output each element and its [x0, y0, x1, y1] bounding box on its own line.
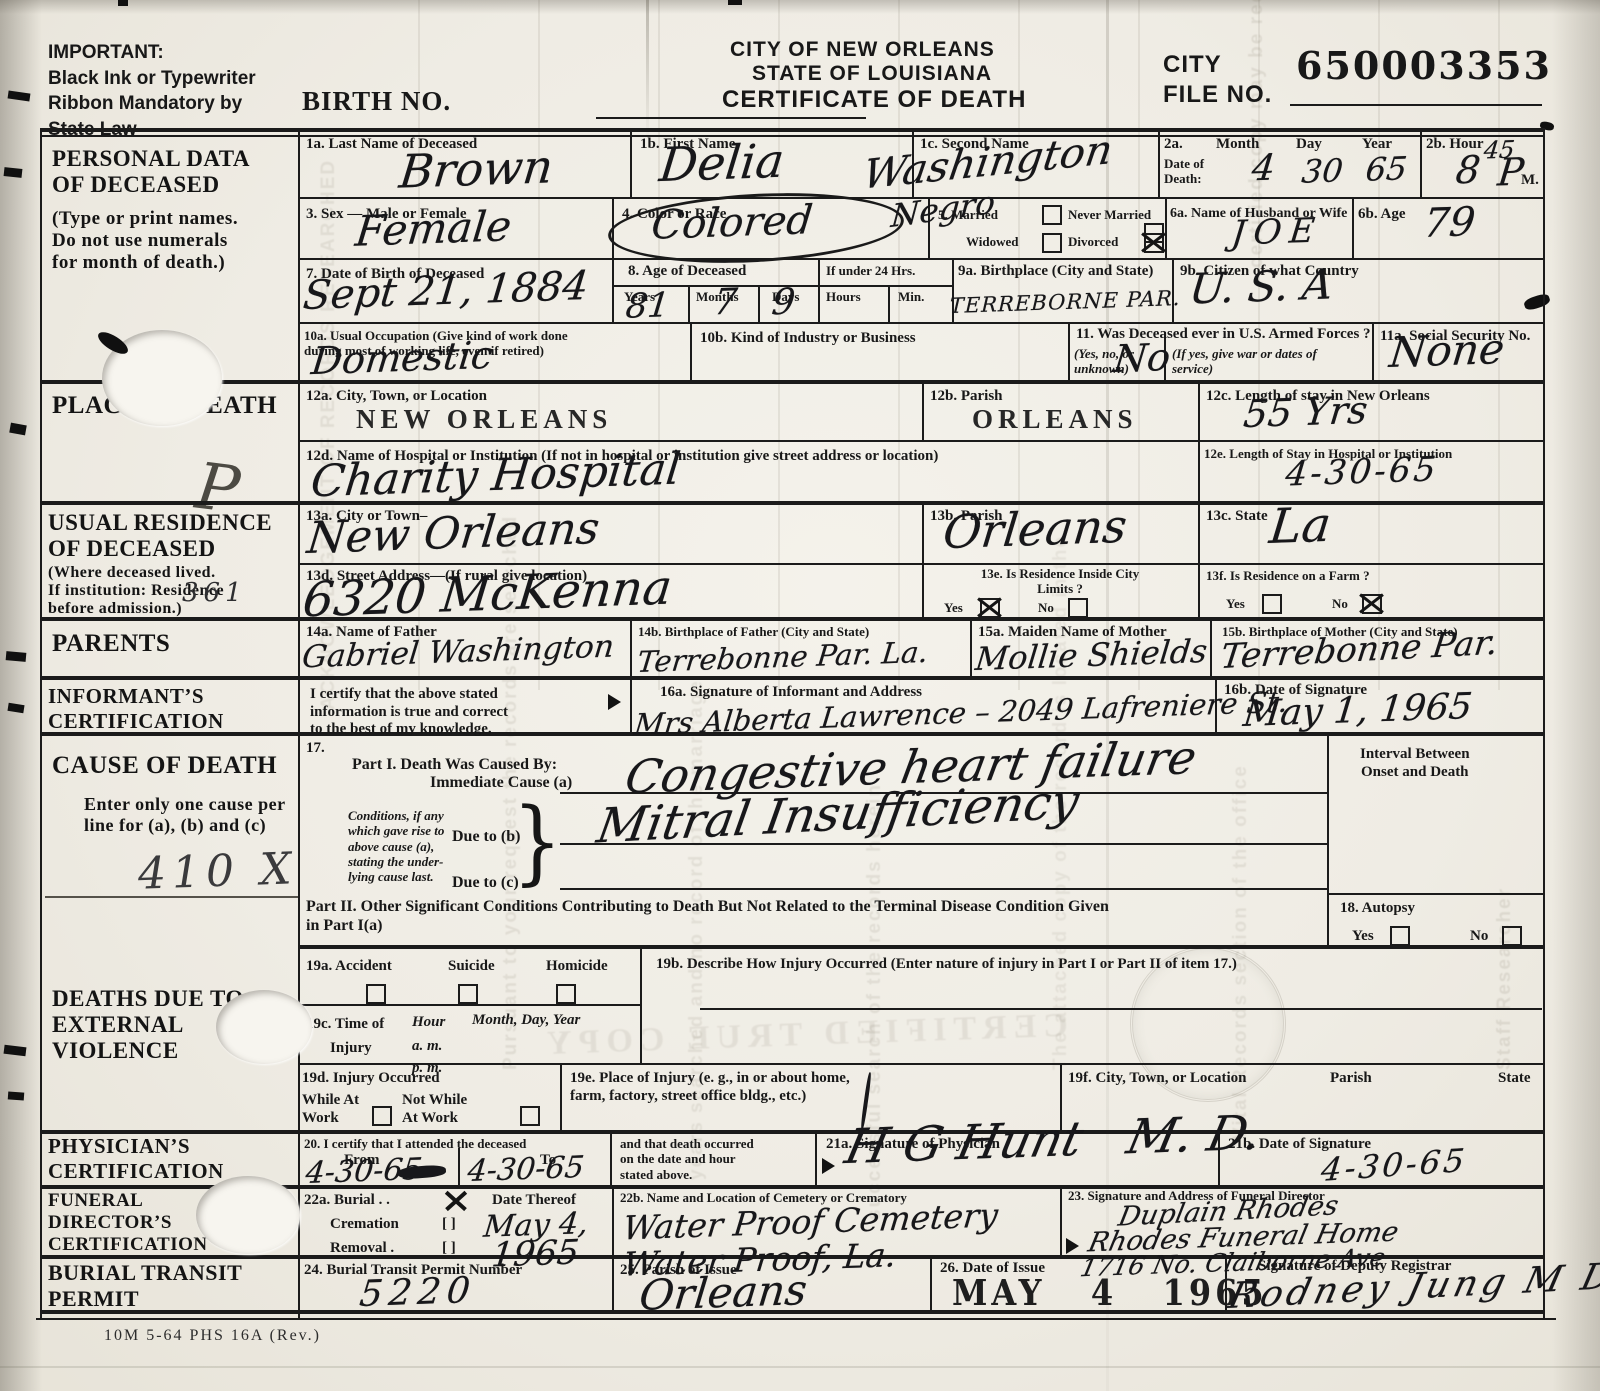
- part2-label: Part II. Other Significant Conditions Co…: [306, 898, 1321, 936]
- section-usual-residence: USUAL RESIDENCE OF DECEASED: [48, 510, 272, 562]
- field-2a-day-value: 30: [1300, 151, 1345, 190]
- grid-line: [640, 945, 642, 1063]
- section-personal-note: (Type or print names. Do not use numeral…: [52, 208, 238, 274]
- field-20-to-value: 4-30-65: [466, 1150, 586, 1189]
- field-20-label: 20. I certify that I attended the deceas…: [304, 1136, 526, 1151]
- grid-line: [888, 285, 890, 322]
- field-26-date-stamp: MAY 4 1965: [952, 1272, 1268, 1314]
- section-physician: PHYSICIAN’S CERTIFICATION: [48, 1134, 224, 1184]
- field-2a-month-value: 4: [1250, 148, 1277, 190]
- field-under24-min-h: Min.: [898, 289, 924, 304]
- field-15a-value: Mollie Shields: [973, 632, 1209, 678]
- field-2b-hour-value: 8: [1454, 148, 1483, 193]
- pencil-mark: 361: [182, 578, 247, 608]
- grid-line: [1158, 128, 1160, 197]
- field-13a-value: New Orleans: [305, 503, 602, 564]
- field-16b-value: May 1, 1965: [1241, 686, 1474, 735]
- checkbox-married: [1042, 205, 1062, 225]
- checkbox-13e-no: [1068, 598, 1088, 618]
- field-20-mid-text: and that death occurred on the date and …: [620, 1136, 754, 1182]
- informant-certify-text: I certify that the above stated informat…: [310, 686, 508, 739]
- field-1a-value: Brown: [397, 139, 556, 198]
- field-22a-cremation-brackets: [ ]: [442, 1216, 456, 1234]
- grid-line: [298, 1063, 1545, 1065]
- grid-line: [40, 617, 1545, 621]
- grid-line: [560, 1063, 562, 1130]
- checkbox-homicide: [556, 984, 576, 1004]
- grid-line: [40, 128, 42, 1318]
- field-13f-no-label: No: [1332, 596, 1348, 611]
- grid-line: [298, 322, 1545, 324]
- checkbox-autopsy-yes: [1390, 926, 1410, 946]
- grid-line: [630, 617, 632, 676]
- pointer-arrow-icon: [822, 1158, 835, 1174]
- grid-line: [758, 285, 760, 322]
- binding-mark: [6, 651, 27, 662]
- grid-line: [930, 1255, 932, 1310]
- field-under24-label: If under 24 Hrs.: [826, 263, 915, 278]
- grid-line: [1420, 128, 1422, 197]
- binding-mark: [8, 1091, 25, 1100]
- field-14b-label: 14b. Birthplace of Father (City and Stat…: [638, 624, 869, 639]
- grid-line: [298, 258, 1545, 260]
- grid-line: [1372, 322, 1374, 380]
- grid-line: [458, 1148, 460, 1185]
- section-personal-data: PERSONAL DATA OF DECEASED: [52, 146, 250, 198]
- grid-line: [612, 1185, 614, 1255]
- field-6b-value: 79: [1421, 199, 1477, 247]
- field-19c-am-label: a. m.: [412, 1038, 442, 1056]
- field-9b-value: U. S. A: [1187, 260, 1335, 314]
- grid-line: [40, 676, 1545, 680]
- field-13f-yes-label: Yes: [1226, 596, 1245, 611]
- field-13f-label: 13f. Is Residence on a Farm ?: [1206, 568, 1370, 583]
- grid-line: [40, 128, 1545, 132]
- field-9a-label: 9a. Birthplace (City and State): [958, 263, 1153, 281]
- grid-line: [922, 501, 924, 563]
- field-2a-prefix: Date of Death:: [1164, 156, 1204, 187]
- field-19d-label: 19d. Injury Occurred: [302, 1070, 440, 1088]
- field-19f-label: 19f. City, Town, or Location: [1068, 1070, 1247, 1088]
- field-19d-notwhile-label: Not While At Work: [402, 1092, 467, 1127]
- interval-label: Interval Between Onset and Death: [1360, 746, 1470, 781]
- field-12c-value: 55 Yrs: [1241, 388, 1369, 436]
- grid-line: [1198, 501, 1200, 563]
- death-certificate-scan: ACKNOWLEDGEMENT OF RECORDS RESEARCHED Pu…: [0, 0, 1600, 1391]
- ink-blot: [1523, 292, 1551, 311]
- field-13b-value: Orleans: [941, 499, 1130, 559]
- field-22a-removal-label: Removal .: [330, 1240, 394, 1258]
- checkbox-13e-yes-checked: [980, 598, 1000, 618]
- grid-line: [612, 1255, 614, 1310]
- field-19c-mdy-label: Month, Day, Year: [472, 1012, 580, 1030]
- field-18-label: 18. Autopsy: [1340, 900, 1415, 918]
- grid-line: [36, 1318, 1556, 1320]
- field-10b-label: 10b. Kind of Industry or Business: [700, 330, 916, 348]
- field-22a-burial-label: 22a. Burial . .: [304, 1192, 390, 1210]
- field-7-value: Sept 21, 1884: [301, 263, 591, 319]
- grid-line: [612, 258, 614, 322]
- checkbox-while-at-work: [372, 1106, 392, 1126]
- field-12b-value-stamp: ORLEANS: [972, 404, 1138, 435]
- field-4-value: Colored: [649, 197, 815, 249]
- field-3-value: Female: [353, 201, 514, 255]
- grid-line: [690, 322, 692, 380]
- field-19e-label: 19e. Place of Injury (e. g., in or about…: [570, 1070, 850, 1105]
- grid-line: [688, 285, 690, 322]
- ghost-text: Staff Researcher: [1494, 640, 1516, 1070]
- file-no-blank-line: [1290, 104, 1542, 106]
- field-8-label: 8. Age of Deceased: [628, 263, 746, 281]
- field-21a-signature: H G Hunt M. D.: [840, 1105, 1266, 1175]
- top-edge-shadow: [0, 0, 1600, 14]
- field-19a-suicide-label: Suicide: [448, 958, 495, 976]
- grid-line: [630, 128, 632, 197]
- field-11-value: No: [1112, 335, 1173, 381]
- grid-line: [40, 380, 1545, 384]
- field-6b-label: 6b. Age: [1358, 206, 1406, 224]
- field-13c-value: La: [1267, 497, 1334, 555]
- section-informant: INFORMANT’S CERTIFICATION: [48, 684, 224, 734]
- field-12e-value: 4-30-65: [1284, 449, 1441, 494]
- field-11a-value: None: [1387, 324, 1507, 377]
- field-17-due-b-label: Due to (b): [452, 828, 520, 847]
- section-cause-of-death: CAUSE OF DEATH: [52, 752, 277, 780]
- field-17-conditions-note: Conditions, if any which gave rise to ab…: [348, 808, 444, 885]
- right-edge-shadow: [1552, 0, 1600, 1391]
- cause-line-c: [560, 888, 1327, 890]
- field-19a-homicide-label: Homicide: [546, 958, 608, 976]
- field-22a-removal-brackets: [ ]: [442, 1240, 456, 1258]
- field-18-no-label: No: [1470, 928, 1488, 946]
- city-file-no-label: CITY FILE NO.: [1163, 50, 1272, 110]
- burial-check-mark: [446, 1190, 466, 1210]
- field-5-widowed-label: Widowed: [966, 234, 1019, 249]
- edge-speck: [728, 0, 742, 5]
- title-city: CITY OF NEW ORLEANS: [730, 38, 995, 63]
- checkbox-autopsy-no: [1502, 926, 1522, 946]
- paper-hole: [196, 1176, 300, 1254]
- checkbox-accident: [366, 984, 386, 1004]
- grid-line: [1543, 128, 1545, 1318]
- grid-line: [610, 1130, 612, 1185]
- grid-line: [1352, 197, 1354, 258]
- binding-mark: [7, 703, 24, 713]
- pencil-mark: 410 X: [137, 843, 298, 900]
- field-2b-m-suffix: M.: [1521, 172, 1539, 190]
- field-9a-value: Terreborne Par.: [949, 286, 1181, 318]
- field-18-yes-label: Yes: [1352, 928, 1374, 946]
- field-8-years-value: 81: [624, 285, 672, 326]
- pointer-arrow-icon: [1066, 1238, 1079, 1254]
- field-1b-value: Delia: [657, 134, 787, 193]
- grid-line: [1210, 617, 1212, 676]
- field-12a-value-stamp: NEW ORLEANS: [356, 404, 612, 435]
- checkbox-divorced-checked: [1144, 233, 1164, 253]
- injury-write-line: [700, 1008, 1542, 1010]
- grid-line: [1198, 440, 1200, 501]
- fold-crease: [0, 1366, 1600, 1368]
- grid-line: [1327, 893, 1545, 895]
- field-13c-label: 13c. State: [1206, 508, 1268, 526]
- field-25-value: Orleans: [637, 1265, 809, 1320]
- binding-mark: [9, 423, 26, 436]
- field-19d-while-label: While At Work: [302, 1092, 359, 1127]
- pencil-underline: [45, 896, 298, 898]
- grid-line: [298, 440, 1545, 442]
- birth-no-label: BIRTH NO.: [302, 86, 451, 118]
- field-2a-label: 2a.: [1164, 136, 1183, 154]
- field-11-note2: (If yes, give war or dates of service): [1172, 346, 1317, 377]
- title-state: STATE OF LOUISIANA: [752, 62, 992, 87]
- form-imprint: 10M 5-64 PHS 16A (Rev.): [104, 1327, 321, 1346]
- field-8-months-value: 7: [712, 282, 739, 324]
- section-burial-transit: BURIAL TRANSIT PERMIT: [48, 1260, 242, 1312]
- grid-line: [630, 676, 632, 732]
- field-5-divorced-label: Divorced: [1068, 234, 1118, 249]
- checkbox-13f-yes: [1262, 594, 1282, 614]
- field-2a-year-value: 65: [1364, 149, 1409, 188]
- field-17-label: 17.: [306, 740, 325, 758]
- binding-mark: [4, 1045, 27, 1057]
- binding-mark: [4, 167, 23, 178]
- field-19c-injury-label: Injury: [330, 1040, 372, 1058]
- field-19f-parish-label: Parish: [1330, 1070, 1372, 1088]
- grid-line: [970, 617, 972, 676]
- field-19c-label: 19c. Time of: [306, 1016, 384, 1034]
- field-13e-yes-label: Yes: [944, 600, 963, 615]
- grid-line: [298, 1004, 640, 1006]
- left-edge-shadow: [0, 0, 42, 1391]
- field-14b-value: Terrebonne Par. La.: [636, 635, 930, 679]
- section-funeral-director: FUNERAL DIRECTOR’S CERTIFICATION: [48, 1190, 208, 1256]
- grid-line: [1198, 380, 1200, 440]
- binding-mark: [8, 91, 31, 102]
- grid-line: [40, 1130, 1545, 1134]
- field-19f-state-label: State: [1498, 1070, 1531, 1088]
- paper-hole: [216, 990, 312, 1064]
- grid-line: [922, 563, 924, 617]
- grid-line: [1198, 563, 1200, 617]
- field-19a-label: 19a. Accident: [306, 958, 392, 976]
- field-22a-cremation-label: Cremation: [330, 1216, 399, 1234]
- grid-line: [1327, 732, 1329, 945]
- checkbox-not-while-at-work: [520, 1106, 540, 1126]
- field-13e-no-label: No: [1038, 600, 1054, 615]
- section-cause-note: Enter only one cause per line for (a), (…: [84, 794, 286, 836]
- grid-line: [1060, 1185, 1062, 1255]
- city-file-number: 650003353: [1296, 44, 1552, 89]
- grid-line: [818, 258, 820, 322]
- field-24-value: 5220: [358, 1270, 478, 1315]
- grid-line: [298, 128, 300, 1318]
- field-13e-label: 13e. Is Residence Inside City Limits ?: [930, 566, 1190, 597]
- ghost-stamp: CERTIFIED TRUE COPY: [539, 1007, 1068, 1063]
- edge-speck: [118, 0, 128, 6]
- checkbox-widowed: [1042, 233, 1062, 253]
- grid-line: [922, 380, 924, 440]
- checkbox-suicide: [458, 984, 478, 1004]
- field-2a-day-h: Day: [1296, 136, 1322, 154]
- grid-line: [815, 1130, 817, 1185]
- field-5-married-label: 5. Married: [938, 207, 998, 222]
- field-19b-label: 19b. Describe How Injury Occurred (Enter…: [656, 956, 1526, 974]
- field-10a-value: Domestic: [309, 333, 494, 383]
- fold-crease: [646, 0, 649, 135]
- checkbox-13f-no-checked: [1362, 594, 1382, 614]
- grid-line: [1068, 322, 1070, 380]
- title-certificate: CERTIFICATE OF DEATH: [722, 86, 1026, 114]
- field-6a-value: JOE: [1230, 210, 1325, 253]
- field-under24-hours-h: Hours: [826, 289, 861, 304]
- section-parents: PARENTS: [52, 630, 170, 658]
- birth-no-blank-line: [596, 117, 866, 119]
- field-8-days-value: 9: [770, 282, 797, 324]
- field-17-part1: Part I. Death Was Caused By:: [352, 756, 557, 775]
- pointer-arrow-icon: [608, 694, 621, 710]
- field-17-due-c-label: Due to (c): [452, 874, 519, 893]
- field-5-never-label: Never Married: [1068, 207, 1151, 222]
- field-19c-hour-label: Hour: [412, 1014, 445, 1032]
